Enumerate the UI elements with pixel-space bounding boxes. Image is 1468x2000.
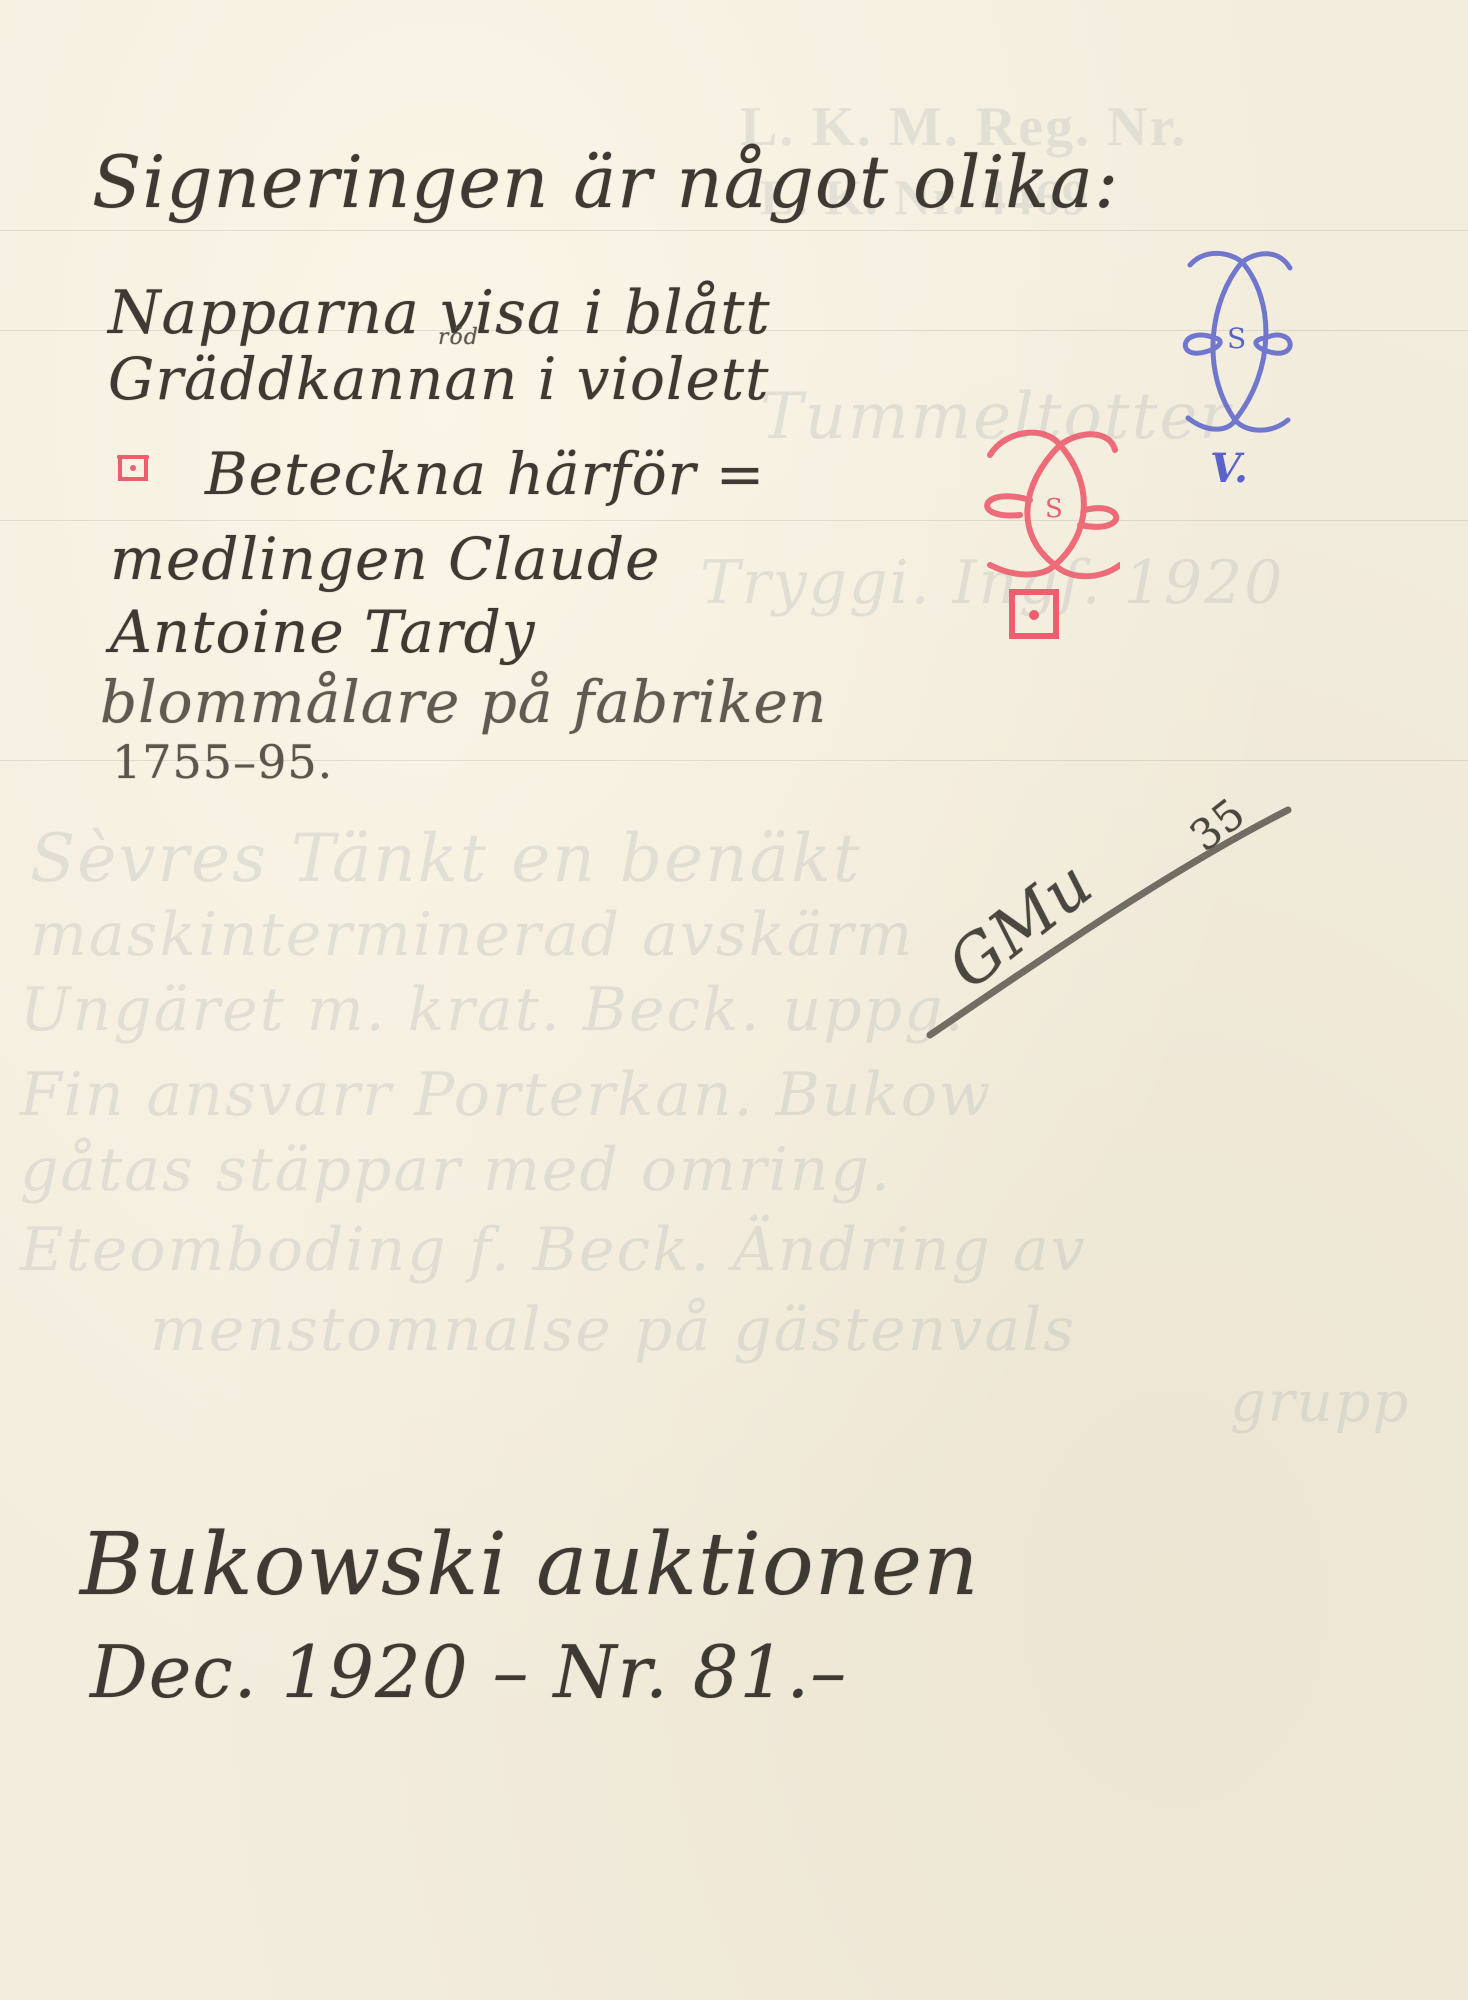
bleed-through-text: Ungäret m. krat. Beck. uppg. bbox=[20, 975, 966, 1045]
note-line-8-date: 1755–95. bbox=[112, 735, 333, 789]
red-monogram-letter: S bbox=[1045, 494, 1063, 524]
note-line-1: Signeringen är något olika: bbox=[92, 140, 1119, 224]
bleed-through-text: Sèvres Tänkt en benäkt bbox=[30, 820, 862, 897]
footer-auction-date-number: Dec. 1920 – Nr. 81.– bbox=[90, 1630, 847, 1714]
bleed-through-text: gåtas stäppar med omring. bbox=[20, 1135, 892, 1205]
blue-monogram-letter: S bbox=[1227, 322, 1246, 355]
bleed-through-text: grupp bbox=[1230, 1370, 1410, 1435]
document-page: L. K. M. Reg. Nr. L. K. Nr. 4469 Tummelt… bbox=[0, 0, 1468, 2000]
ruled-line bbox=[0, 230, 1468, 231]
bleed-through-text: Eteomboding f. Beck. Ändring av bbox=[20, 1215, 1087, 1285]
ruled-line bbox=[0, 520, 1468, 521]
note-line-6: Antoine Tardy bbox=[110, 598, 536, 666]
red-square-mark-large-icon bbox=[1008, 588, 1060, 640]
blue-monogram-icon: S V. bbox=[1170, 240, 1300, 520]
note-line-4: Beteckna härför = bbox=[205, 440, 765, 508]
footer-auction-name: Bukowski auktionen bbox=[80, 1515, 979, 1615]
bleed-through-text: maskinterminerad avskärm bbox=[30, 900, 914, 970]
bleed-through-text: Fin ansvarr Porterkan. Bukow bbox=[20, 1060, 992, 1130]
red-monogram-icon: S bbox=[960, 415, 1120, 585]
red-square-mark-small-icon bbox=[115, 453, 151, 483]
blue-monogram-v-label: V. bbox=[1210, 445, 1248, 492]
signature: GMu 35 bbox=[920, 780, 1300, 1080]
note-line-5: medlingen Claude bbox=[110, 525, 660, 593]
bleed-through-text: menstomnalse på gästenvals bbox=[150, 1295, 1076, 1365]
note-line-7: blommålare på fabriken bbox=[100, 668, 827, 736]
note-line-3: Gräddkannan i violett bbox=[108, 345, 769, 413]
